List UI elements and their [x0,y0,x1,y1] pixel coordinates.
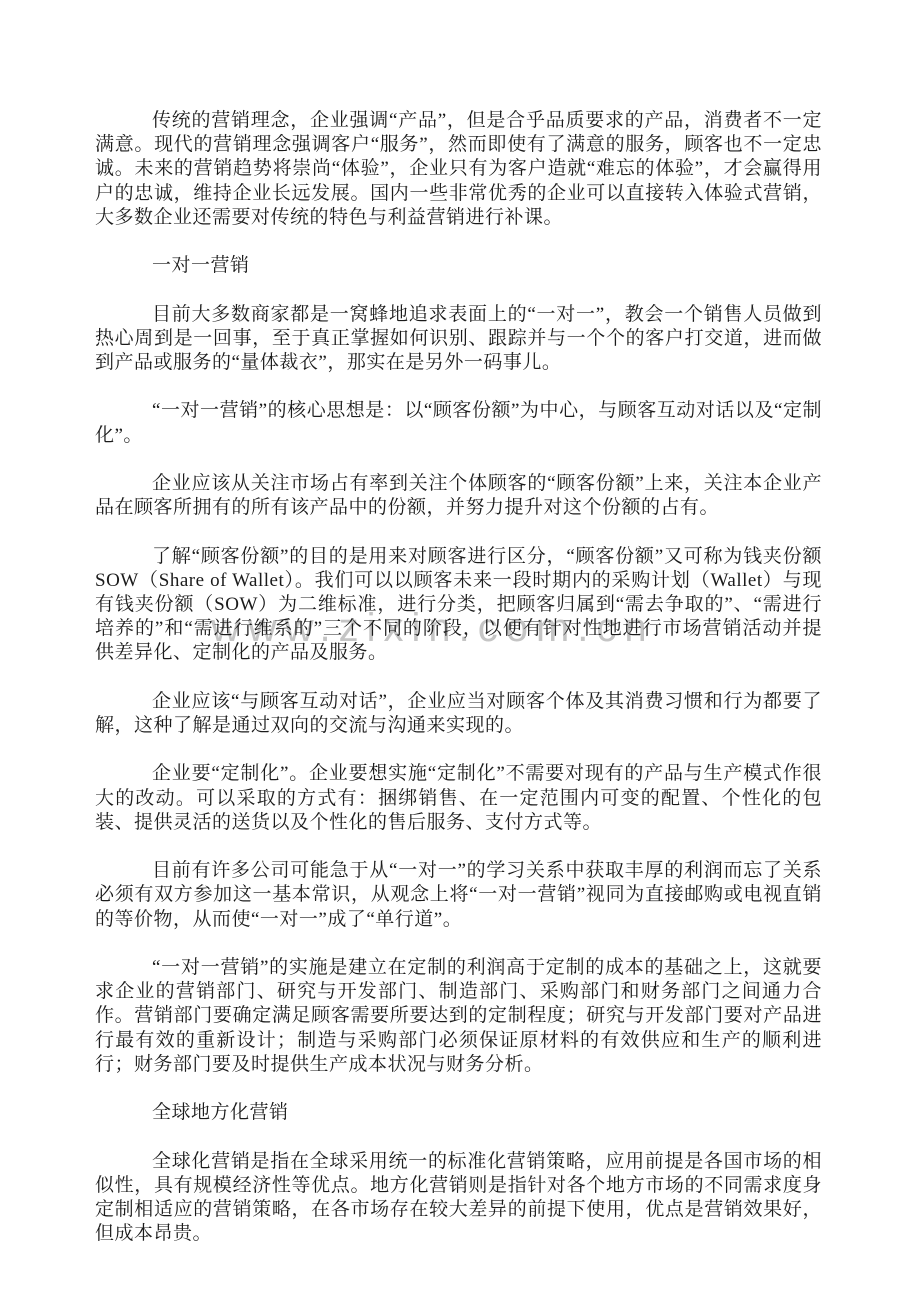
paragraph: 了解“顾客份额”的目的是用来对顾客进行区分，“顾客份额”又可称为钱夹份额SOW（… [95,545,822,666]
paragraph: 企业要“定制化”。企业要想实施“定制化”不需要对现有的产品与生产模式作很大的改动… [95,762,822,835]
paragraph: 企业应该从关注市场占有率到关注个体顾客的“顾客份额”上来，关注本企业产品在顾客所… [95,472,822,520]
paragraph: 目前有许多公司可能急于从“一对一”的学习关系中获取丰厚的利润而忘了关系必须有双方… [95,859,822,932]
document-body: 传统的营销理念，企业强调“产品”，但是合乎品质要求的产品，消费者不一定满意。现代… [95,109,822,1246]
paragraph: 企业应该“与顾客互动对话”，企业应当对顾客个体及其消费习惯和行为都要了解，这种了… [95,690,822,738]
section-heading: 全球地方化营销 [95,1101,822,1125]
document-page: www.zixin.com.cn 传统的营销理念，企业强调“产品”，但是合乎品质… [0,0,920,1302]
paragraph: 目前大多数商家都是一窝蜂地追求表面上的“一对一”，教会一个销售人员做到热心周到是… [95,303,822,376]
paragraph: 传统的营销理念，企业强调“产品”，但是合乎品质要求的产品，消费者不一定满意。现代… [95,109,822,230]
paragraph: 全球化营销是指在全球采用统一的标准化营销策略，应用前提是各国市场的相似性，具有规… [95,1150,822,1247]
section-heading: 一对一营销 [95,254,822,278]
paragraph: “一对一营销”的实施是建立在定制的利润高于定制的成本的基础之上，这就要求企业的营… [95,956,822,1077]
paragraph: “一对一营销”的核心思想是：以“顾客份额”为中心，与顾客互动对话以及“定制化”。 [95,399,822,447]
